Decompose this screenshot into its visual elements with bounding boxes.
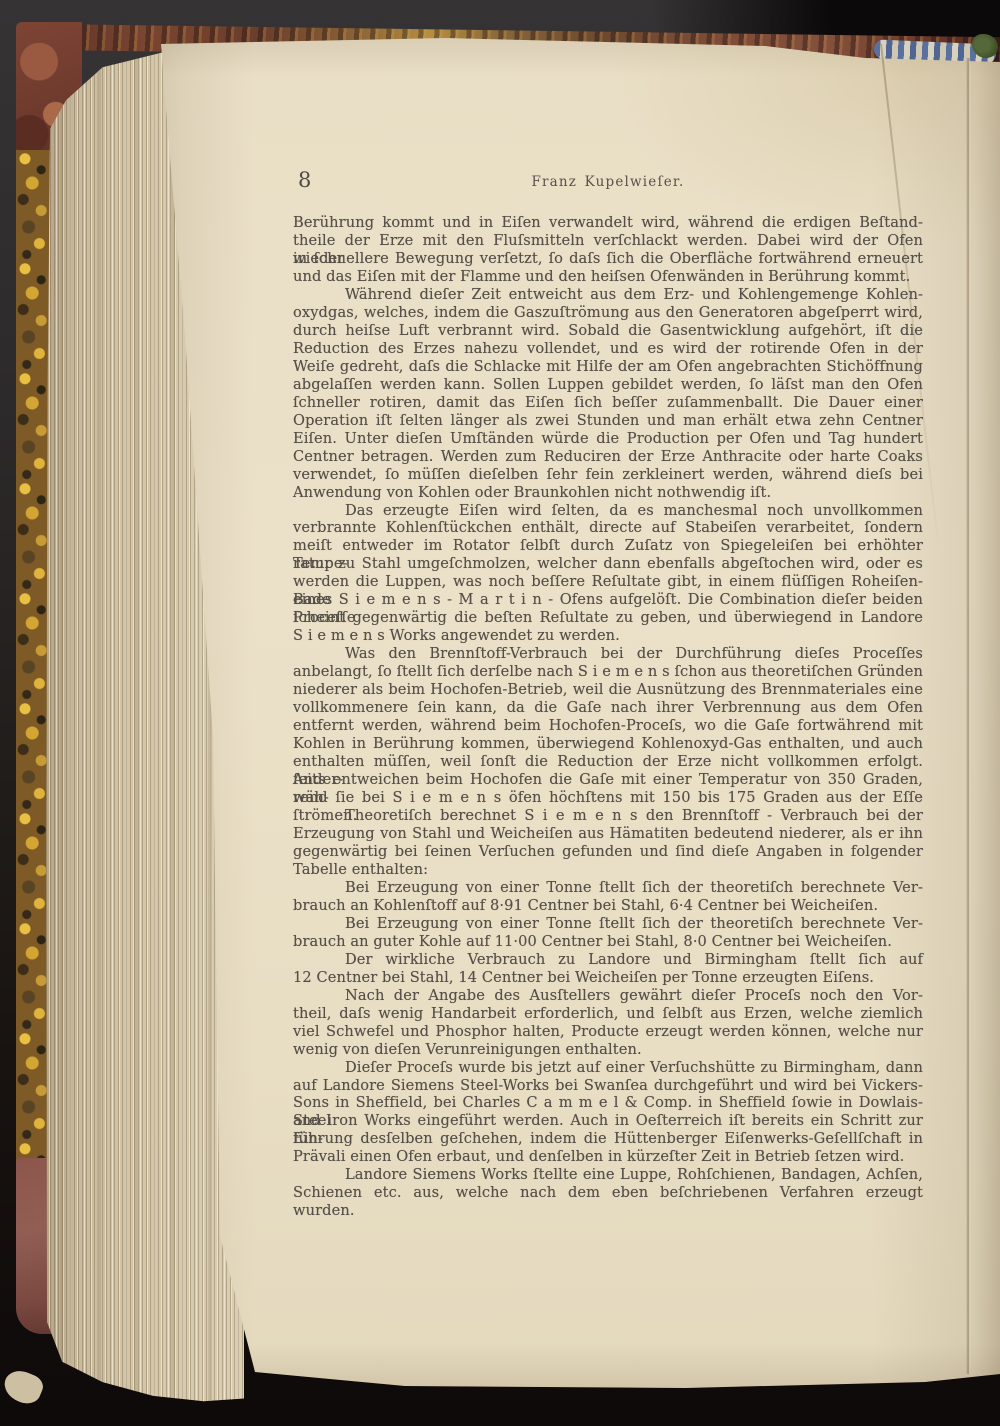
text-line: gegenwärtig bei ſeinen Verſuchen gefunde… [293, 843, 923, 861]
text-line: and iron Works eingeführt werden. Auch i… [293, 1112, 923, 1130]
text-line: verwendet, ſo müſſen dieſelben ſehr fein… [293, 466, 923, 484]
text-line: S i e m e n s Works angewendet zu werden… [293, 627, 923, 645]
text-line: Operation iſt ſelten länger als zwei Stu… [293, 412, 923, 430]
text-line: wenig von dieſen Verunreinigungen enthal… [293, 1041, 923, 1059]
gutter-fold [966, 58, 971, 1374]
text-line: verbrannte Kohlenſtückchen enthält, dire… [293, 519, 923, 537]
text-line: und das Eiſen mit der Flamme und den hei… [293, 268, 923, 286]
text-line: auf Landore Siemens Steel-Works bei Swan… [293, 1077, 923, 1095]
text-line: Bei Erzeugung von einer Tonne ſtellt ſic… [293, 879, 923, 897]
text-line: Was den Brennſtoff-Verbrauch bei der Dur… [293, 645, 923, 663]
running-header: Franz Kupelwieſer. [293, 168, 923, 190]
text-line: eines S i e m e n s - M a r t i n - Ofen… [293, 591, 923, 609]
text-line: ſchneller rotiren, damit das Eiſen ſich … [293, 394, 923, 412]
text-line: viel Schwefel und Phosphor halten, Produ… [293, 1023, 923, 1041]
text-line: Berührung kommt und in Eiſen verwandelt … [293, 214, 923, 232]
page-number: 8 [298, 168, 311, 192]
text-line: niederer als beim Hochofen-Betrieb, weil… [293, 681, 923, 699]
text-line: Prävali einen Ofen erbaut, und denſelben… [293, 1148, 923, 1166]
text-line: rend ſie bei S i e m e n s öfen höchſten… [293, 789, 923, 807]
text-line: ſcheint gegenwärtig die beſten Reſultate… [293, 609, 923, 627]
text-line: Reduction des Erzes nahezu vollendet, un… [293, 340, 923, 358]
text-line: Nach der Angabe des Ausſtellers gewährt … [293, 987, 923, 1005]
text-line: Schienen etc. aus, welche nach dem eben … [293, 1184, 923, 1202]
text-line: vollkommenere ſein kann, da die Gaſe nac… [293, 699, 923, 717]
text-line: enthalten müſſen, weil ſonſt die Reducti… [293, 753, 923, 771]
text-line: in ſchnellere Bewegung verſetzt, ſo daſs… [293, 250, 923, 268]
text-line: Theoretiſch berechnet S i e m e n s den … [293, 807, 923, 825]
text-line: durch heiſse Luft verbrannt wird. Sobald… [293, 322, 923, 340]
endpaper-tip [0, 1366, 46, 1408]
text-line: ſeits entweichen beim Hochofen die Gaſe … [293, 771, 923, 789]
text-line: Bei Erzeugung von einer Tonne ſtellt ſic… [293, 915, 923, 933]
printed-content: 8 Franz Kupelwieſer. Berührung kommt und… [293, 168, 923, 190]
text-line: Anwendung von Kohlen oder Braunkohlen ni… [293, 484, 923, 502]
text-body: Berührung kommt und in Eiſen verwandelt … [293, 214, 923, 1202]
text-line: werden die Luppen, was noch beſſere Reſu… [293, 573, 923, 591]
text-line: Der wirkliche Verbrauch zu Landore und B… [293, 951, 923, 969]
text-line: führung desſelben geſchehen, indem die H… [293, 1130, 923, 1148]
text-line: theile der Erze mit den Fluſsmitteln ver… [293, 232, 923, 250]
text-line: abgelaſſen werden kann. Sollen Luppen ge… [293, 376, 923, 394]
text-line: Weiſe gedreht, daſs die Schlacke mit Hil… [293, 358, 923, 376]
text-line: Landore Siemens Works ſtellte eine Luppe… [293, 1166, 923, 1184]
text-line: brauch an Kohlenſtoff auf 8·91 Centner b… [293, 897, 923, 915]
text-line: ratur zu Stahl umgeſchmolzen, welcher da… [293, 555, 923, 573]
text-line: Kohlen in Berührung kommen, überwiegend … [293, 735, 923, 753]
text-line: meiſt entweder im Rotator ſelbſt durch Z… [293, 537, 923, 555]
text-line: Während dieſer Zeit entweicht aus dem Er… [293, 286, 923, 304]
text-line: Das erzeugte Eiſen wird ſelten, da es ma… [293, 502, 923, 520]
text-line: Eiſen. Unter dieſen Umſtänden würde die … [293, 430, 923, 448]
text-line: Tabelle enthalten: [293, 861, 923, 879]
text-line: Dieſer Proceſs wurde bis jetzt auf einer… [293, 1059, 923, 1077]
text-line: anbelangt, ſo ſtellt ſich derſelbe nach … [293, 663, 923, 681]
text-line: Erzeugung von Stahl und Weicheiſen aus H… [293, 825, 923, 843]
text-line: theil, daſs wenig Handarbeit erforderlic… [293, 1005, 923, 1023]
text-line: brauch an guter Kohle auf 11·00 Centner … [293, 933, 923, 951]
text-line: entfernt werden, während beim Hochofen-P… [293, 717, 923, 735]
text-line: Sons in Sheffield, bei Charles C a m m e… [293, 1094, 923, 1112]
text-line: oxydgas, welches, indem die Gaszuſtrömun… [293, 304, 923, 322]
book-scan-photo: 8 Franz Kupelwieſer. Berührung kommt und… [0, 0, 1000, 1426]
bookmark-ribbon [972, 34, 998, 58]
text-line: Centner betragen. Werden zum Reduciren d… [293, 448, 923, 466]
text-line: 12 Centner bei Stahl, 14 Centner bei Wei… [293, 969, 923, 987]
